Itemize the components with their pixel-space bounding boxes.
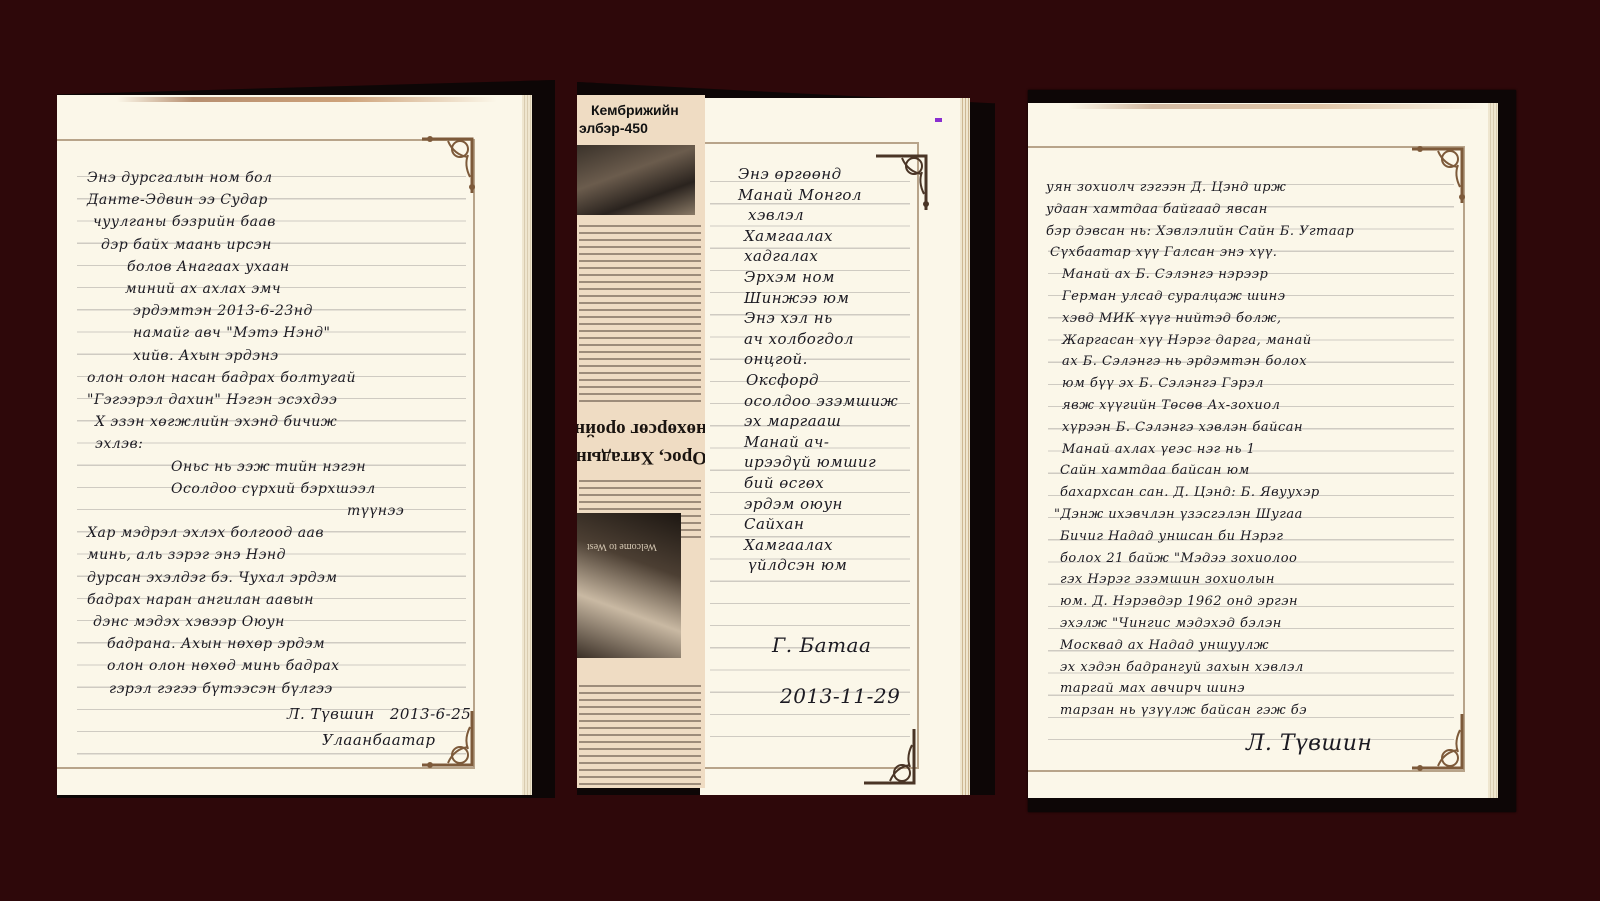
note-line: бадрах наран ангилан аавын — [87, 589, 404, 611]
note-line: "Дэнж ихэвчлэн үзэсгэлэн Шугаа — [1046, 504, 1354, 526]
note-line: Манай ач- — [738, 432, 898, 453]
note-line: Х эзэн хөгжлийн эхэнд бичиж — [87, 411, 404, 433]
note-line: Манай Монгол — [738, 185, 898, 206]
page-edge — [1488, 103, 1498, 798]
signature: Л. Түвшин — [1246, 731, 1372, 756]
note-line: Энэ өргөөнд — [738, 164, 898, 185]
right-page: уян зохиолч гэгээн Д. Цэнд ирж удаан хам… — [1028, 103, 1498, 798]
ornate-corner-top-right-icon — [1412, 139, 1470, 203]
clipping-photo-caption: Welcome to West — [587, 541, 657, 552]
note-line: Эрхэм ном — [738, 267, 898, 288]
ornate-corner-bottom-right-icon — [1412, 714, 1470, 778]
note-line: онцгой. — [738, 349, 898, 370]
note-line: эхлэв: — [87, 433, 404, 455]
bookmark-tab — [935, 118, 942, 122]
page-edge — [522, 95, 532, 795]
note-line: намайг авч "Мэтэ Нэнд" — [87, 322, 404, 344]
note-line: хэвд МИК хүүг нийтэд болж, — [1046, 308, 1354, 330]
newspaper-clipping: Кембрижийн элбэр-450 Орос, Хятадын нөхөр… — [577, 95, 705, 788]
note-line: Осолдоо сүрхий бэрхшээл — [87, 478, 404, 500]
page-frame-right — [1462, 146, 1465, 772]
note-line: Оньс нь ээж тийн нэгэн — [87, 456, 404, 478]
note-line: Манай ах Б. Сэлэнгэ нэрээр — [1046, 264, 1354, 286]
signature-date: 2013-6-25 — [390, 705, 471, 723]
clipping-text-block — [579, 225, 701, 405]
signature: Г. Батаа — [772, 633, 871, 657]
note-line: олон олон нөхөд минь бадрах — [87, 655, 404, 677]
signature-place: Улаанбаатар — [322, 731, 435, 749]
note-line: болох 21 байж "Мэдээ зохиолоо — [1046, 548, 1354, 570]
page-edge-stain — [1068, 104, 1488, 109]
note-line: дэнс мэдэх хэвээр Оюун — [87, 611, 404, 633]
note-line: Хамгаалах — [738, 226, 898, 247]
note-line: минь, аль зэрэг энэ Нэнд — [87, 544, 404, 566]
note-line: хадгалах — [738, 246, 898, 267]
note-line: эрдэмтэн 2013-6-23нд — [87, 300, 404, 322]
page-edge-stain — [117, 97, 497, 102]
note-line: Оксфорд — [738, 370, 898, 391]
signature: Л. Түвшин — [287, 705, 375, 723]
handwritten-note: Энэ өргөөнд Манай Монгол хэвлэл Хамгаала… — [738, 164, 898, 576]
note-line: Бичиг Надад уншсан би Нэрэг — [1046, 526, 1354, 548]
ornate-corner-top-right-icon — [422, 129, 480, 193]
clipping-text-block — [579, 685, 701, 785]
note-line: хэвлэл — [738, 205, 898, 226]
note-line: Манай ахлах үеэс нэг нь 1 — [1046, 439, 1354, 461]
note-line: уян зохиолч гэгээн Д. Цэнд ирж — [1046, 177, 1354, 199]
note-line: хийв. Ахын эрдэнэ — [87, 345, 404, 367]
page-edge — [960, 98, 970, 795]
note-line: бадрана. Ахын нөхөр эрдэм — [87, 633, 404, 655]
note-line: ирээдүй юмшиг — [738, 452, 898, 473]
ornate-corner-bottom-right-icon — [864, 729, 922, 793]
note-line: тарзан нь үзүүлж байсан гэж бэ — [1046, 700, 1354, 722]
note-line: Сайн хамтдаа байсан юм — [1046, 460, 1354, 482]
note-line: "Гэгээрэл дахин" Нэгэн эсэхдээ — [87, 389, 404, 411]
note-line: эх маргааш — [738, 411, 898, 432]
signature-date: 2013-11-29 — [780, 684, 900, 708]
note-line: дурсан эхэлдэг бэ. Чухал эрдэм — [87, 567, 404, 589]
clipping-photo-books — [577, 145, 695, 215]
note-line: Энэ хэл нь — [738, 308, 898, 329]
note-line: Сүхбаатар хүү Галсан энэ хүү. — [1046, 242, 1354, 264]
note-line: удаан хамтдаа байгаад явсан — [1046, 199, 1354, 221]
clipping-subheadline: элбэр-450 — [579, 119, 648, 137]
page-frame-right — [472, 139, 475, 769]
left-page: Энэ дурсгалын ном бол Данте-Эдвин ээ Суд… — [57, 95, 532, 795]
note-line: миний ах ахлах эмч — [87, 278, 404, 300]
note-line: Данте-Эдвин ээ Судар — [87, 189, 404, 211]
note-line: эх хэдэн бадрангуй захын хэвлэл — [1046, 657, 1354, 679]
note-line: Хар мэдрэл эхлэх болгоод аав — [87, 522, 404, 544]
note-line: үйлдсэн юм — [738, 555, 898, 576]
note-line: хүрээн Б. Сэлэнгэ хэвлэн байсан — [1046, 417, 1354, 439]
clipping-inverted-headline: Орос, Хятадын нөхөрсөг оройн — [577, 415, 705, 471]
note-line: Жаргасан хүү Нэрэг дарга, манай — [1046, 330, 1354, 352]
note-line: гэх Нэрэг эзэмшин зохиолын — [1046, 569, 1354, 591]
note-line: Энэ дурсгалын ном бол — [87, 167, 404, 189]
note-line: юм бүү эх Б. Сэлэнгэ Гэрэл — [1046, 373, 1354, 395]
note-line: дэр байх маань ирсэн — [87, 234, 404, 256]
note-line: Герман улсад суралцаж шинэ — [1046, 286, 1354, 308]
note-line: Москвад ах Надад уншуулж — [1046, 635, 1354, 657]
note-line: юм. Д. Нэрэвдэр 1962 онд эргэн — [1046, 591, 1354, 613]
note-line: явж хүүгийн Төсөв Ах-зохиол — [1046, 395, 1354, 417]
middle-page: Энэ өргөөнд Манай Монгол хэвлэл Хамгаала… — [700, 98, 970, 795]
page-frame-right — [916, 142, 919, 769]
note-line: эрдэм оюун — [738, 494, 898, 515]
note-line: осолдоо эзэмшиж — [738, 391, 898, 412]
note-line: бахархсан сан. Д. Цэнд: Б. Явуухэр — [1046, 482, 1354, 504]
note-line: гэрэл гэгээ бүтээсэн бүлгээ — [87, 678, 404, 700]
handwritten-note: Энэ дурсгалын ном бол Данте-Эдвин ээ Суд… — [87, 167, 404, 700]
note-line: Хамгаалах — [738, 535, 898, 556]
note-line: олон олон насан бадрах болтугай — [87, 367, 404, 389]
signature-line: Л. Түвшин 2013-6-25 — [287, 705, 471, 723]
note-line: эхэлж "Чингис мэдэхэд бэлэн — [1046, 613, 1354, 635]
note-line: ач холбогдол — [738, 329, 898, 350]
clipping-headline: Кембрижийн — [591, 101, 679, 119]
note-line: ах Б. Сэлэнгэ нь эрдэмтэн болох — [1046, 351, 1354, 373]
note-line: бий өсгөх — [738, 473, 898, 494]
note-line: түүнээ — [87, 500, 404, 522]
handwritten-note: уян зохиолч гэгээн Д. Цэнд ирж удаан хам… — [1046, 177, 1354, 722]
note-line: Шинжээ юм — [738, 288, 898, 309]
note-line: болов Анагаах ухаан — [87, 256, 404, 278]
note-line: бэр дэвсан нь: Хэвлэлийн Сайн Б. Угтаар — [1046, 221, 1354, 243]
note-line: чуулганы бэзрийн баав — [87, 211, 404, 233]
clipping-photo-abbey: Welcome to West — [577, 513, 681, 658]
note-line: Сайхан — [738, 514, 898, 535]
note-line: таргай мах авчирч шинэ — [1046, 678, 1354, 700]
